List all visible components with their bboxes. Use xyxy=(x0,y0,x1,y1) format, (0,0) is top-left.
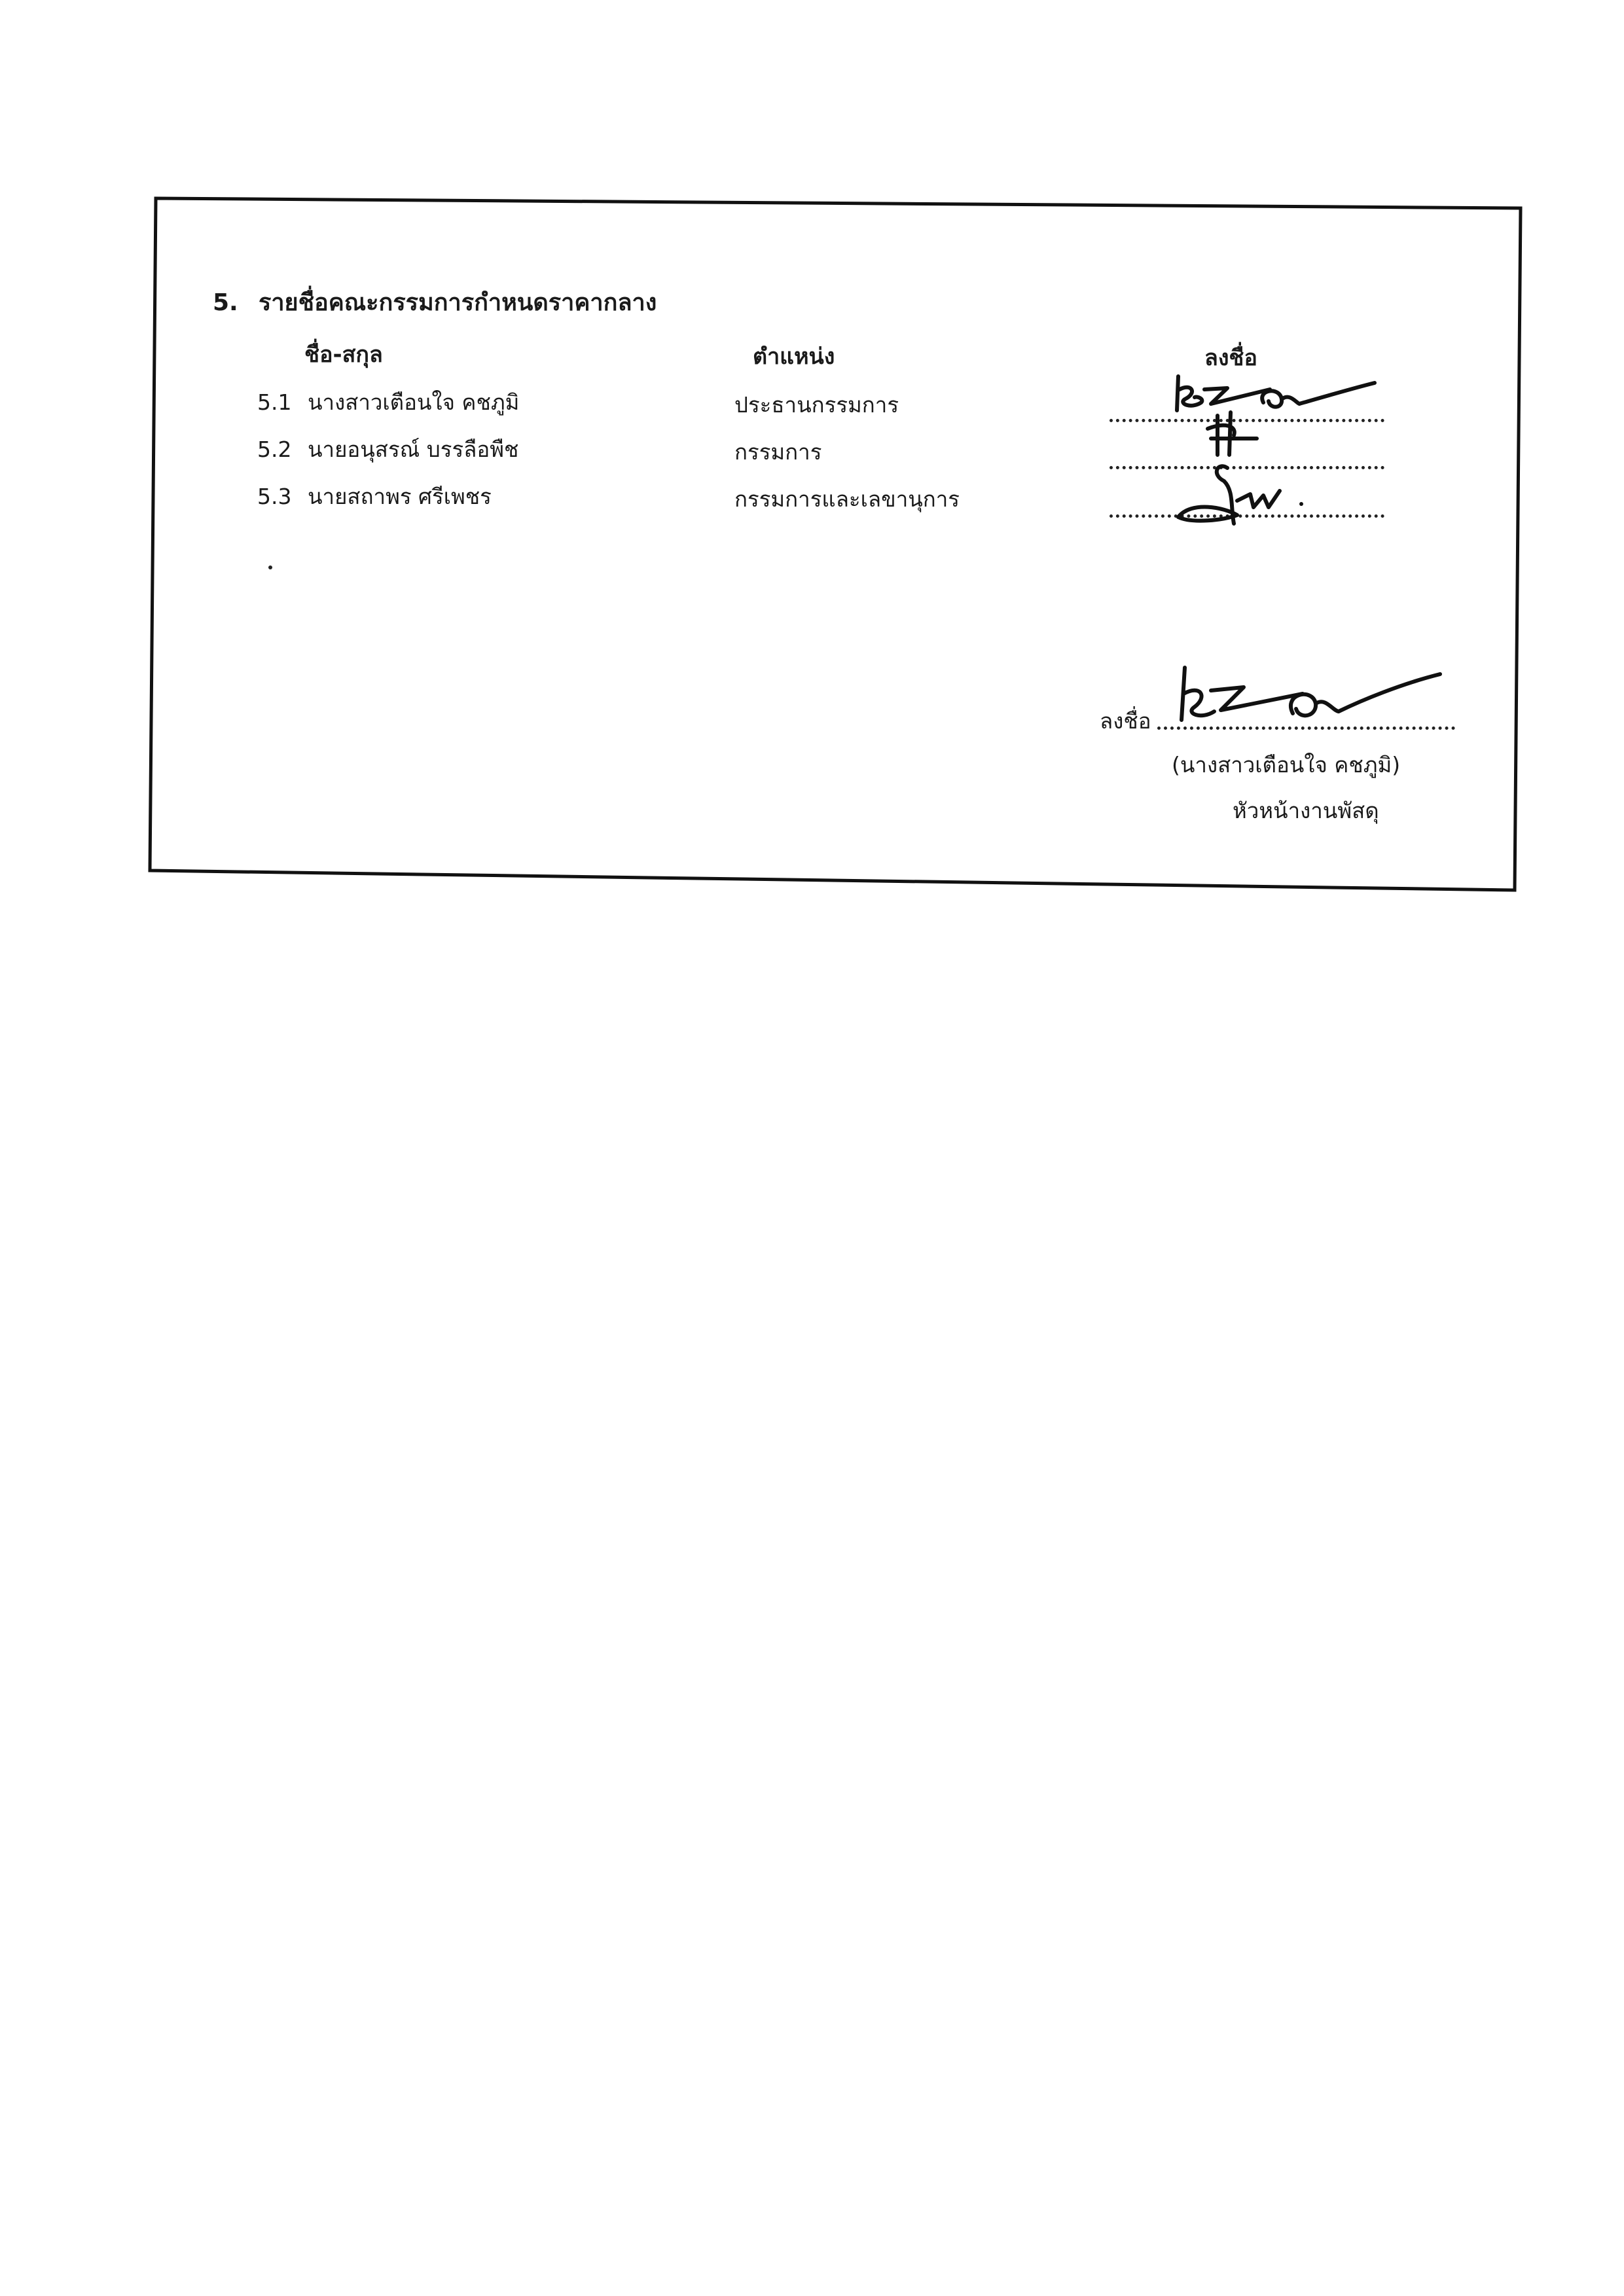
approval-signer-name: (นางสาวเตือนใจ คชภูมิ) xyxy=(1172,754,1400,776)
stray-mark xyxy=(268,565,272,569)
member-position: กรรมการ xyxy=(734,441,821,463)
section-number: 5. xyxy=(213,291,238,315)
approval-sign-label: ลงชื่อ xyxy=(1100,710,1151,732)
column-header-name: ชื่อ-สกุล xyxy=(304,344,383,366)
member-position: กรรมการและเลขานุการ xyxy=(734,488,960,510)
section-title: รายชื่อคณะกรรมการกำหนดราคากลาง xyxy=(259,291,657,315)
approval-signature-line xyxy=(1157,726,1455,730)
handwritten-signature-1 xyxy=(1165,363,1401,422)
member-index: 5.2 xyxy=(257,439,291,460)
approval-signer-title: หัวหน้างานพัสดุ xyxy=(1233,800,1379,821)
member-index: 5.1 xyxy=(257,391,291,413)
member-name: นายอนุสรณ์ บรรลือพืช xyxy=(308,439,518,460)
member-position: ประธานกรรมการ xyxy=(734,394,899,416)
column-header-position: ตำแหน่ง xyxy=(753,346,835,368)
document-page: 5. รายชื่อคณะกรรมการกำหนดราคากลาง ชื่อ-ส… xyxy=(0,0,1624,2296)
member-index: 5.3 xyxy=(257,486,291,507)
member-name: นางสาวเตือนใจ คชภูมิ xyxy=(308,391,519,413)
member-name: นายสถาพร ศรีเพชร xyxy=(308,486,492,507)
handwritten-signature-3 xyxy=(1172,455,1342,527)
handwritten-signature-2 xyxy=(1204,409,1270,461)
approver-handwritten-signature xyxy=(1165,658,1453,730)
